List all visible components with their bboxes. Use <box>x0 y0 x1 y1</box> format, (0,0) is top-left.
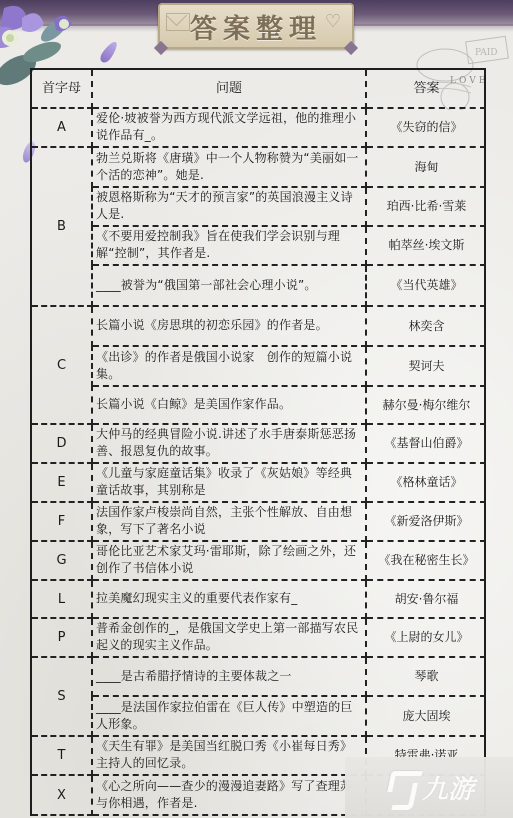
question-cell: 哥伦比亚艺术家艾玛·雷耶斯，除了绘画之外，还创作了书信体小说 <box>92 541 366 580</box>
letter-cell: L <box>32 580 92 618</box>
answer-cell: 赫尔曼·梅尔维尔 <box>366 386 486 424</box>
table-row: A 爱伦·坡被誉为西方现代派文学远祖，他的推理小说作品有_。 《失窃的信》 <box>32 108 486 147</box>
question-cell: 长篇小说《白鲸》是美国作家作品。 <box>92 386 366 424</box>
table-row: E 《儿童与家庭童话集》收录了《灰姑娘》等经典童话故事，其别称是 《格林童话》 <box>32 463 486 502</box>
question-cell: 爱伦·坡被誉为西方现代派文学远祖，他的推理小说作品有_。 <box>92 108 366 147</box>
letter-cell: P <box>32 618 92 657</box>
table-row: 《不要用爱控制我》旨在使我们学会识别与理解“控制”，其作者是. 帕萃丝·埃文斯 <box>32 226 486 265</box>
table-row: D 大仲马的经典冒险小说.讲述了水手唐泰斯惩恶扬善、报恩复仇的故事。 《基督山伯… <box>32 424 486 463</box>
letter-cell: A <box>32 108 92 147</box>
title-plate: 答案整理 ♡ <box>158 3 354 49</box>
table-row: B 勃兰兑斯将《唐璜》中一个人物称赞为“美丽如一个活的恋神”。她是. 海甸 <box>32 147 486 187</box>
letter-cell: E <box>32 463 92 502</box>
answer-cell: 契诃夫 <box>366 346 486 386</box>
letter-cell: D <box>32 424 92 463</box>
petal-decoration-icon <box>98 39 120 64</box>
heart-icon: ♡ <box>322 11 344 33</box>
answer-cell: 帕萃丝·埃文斯 <box>366 226 486 265</box>
page-title: 答案整理 <box>190 7 322 46</box>
table-row: 被恩格斯称为“天才的预言家”的英国浪漫主义诗人是. 珀西·比希·雪莱 <box>32 187 486 226</box>
jiuyou-logo-icon <box>380 769 422 807</box>
answer-table: 首字母 问题 答案 A 爱伦·坡被誉为西方现代派文学远祖，他的推理小说作品有_。… <box>30 68 486 816</box>
answer-cell: 《上尉的女儿》 <box>366 618 486 657</box>
table-row: S ____是古希腊抒情诗的主要体裁之一 琴歌 <box>32 657 486 696</box>
table-row: C 长篇小说《房思琪的初恋乐园》的作者是。 林奕含 <box>32 306 486 346</box>
table-header-row: 首字母 问题 答案 <box>32 70 486 108</box>
letter-cell: F <box>32 502 92 541</box>
header-letter: 首字母 <box>32 70 92 108</box>
watermark: 九游 <box>345 757 513 818</box>
letter-cell: X <box>32 775 92 815</box>
question-cell: 被恩格斯称为“天才的预言家”的英国浪漫主义诗人是. <box>92 187 366 226</box>
question-cell: 普希金创作的_，是俄国文学史上第一部描写农民起义的现实主义作品。 <box>92 618 366 657</box>
letter-cell: S <box>32 657 92 736</box>
answer-cell: 《失窃的信》 <box>366 108 486 147</box>
answer-cell: 胡安·鲁尔福 <box>366 580 486 618</box>
svg-text:PAID: PAID <box>475 48 498 58</box>
envelope-icon <box>166 13 190 31</box>
answer-cell: 《新爱洛伊斯》 <box>366 502 486 541</box>
answer-cell: 庞大固埃 <box>366 696 486 736</box>
table-row: ____是法国作家拉伯雷在《巨人传》中塑造的巨人形象。 庞大固埃 <box>32 696 486 736</box>
table-row: 长篇小说《白鲸》是美国作家作品。 赫尔曼·梅尔维尔 <box>32 386 486 424</box>
header-question: 问题 <box>92 70 366 108</box>
question-cell: 《出诊》的作者是俄国小说家 创作的短篇小说集。 <box>92 346 366 386</box>
answer-cell: 《基督山伯爵》 <box>366 424 486 463</box>
question-cell: ____是法国作家拉伯雷在《巨人传》中塑造的巨人形象。 <box>92 696 366 736</box>
question-cell: ____被誉为“俄国第一部社会心理小说”。 <box>92 265 366 306</box>
answer-cell: 《格林童话》 <box>366 463 486 502</box>
question-cell: 《不要用爱控制我》旨在使我们学会识别与理解“控制”，其作者是. <box>92 226 366 265</box>
header-answer: 答案 <box>366 70 486 108</box>
question-cell: 大仲马的经典冒险小说.讲述了水手唐泰斯惩恶扬善、报恩复仇的故事。 <box>92 424 366 463</box>
letter-cell: T <box>32 736 92 775</box>
question-cell: 《心之所向——查少的漫漫追妻路》写了查理苏与你相遇，作者是. <box>92 775 366 815</box>
answer-cell: 《当代英雄》 <box>366 265 486 306</box>
letter-cell: C <box>32 306 92 424</box>
question-cell: 《天生有罪》是美国当红脱口秀《小崔每日秀》主持人的回忆录。 <box>92 736 366 775</box>
table-row: ____被誉为“俄国第一部社会心理小说”。 《当代英雄》 <box>32 265 486 306</box>
question-cell: 勃兰兑斯将《唐璜》中一个人物称赞为“美丽如一个活的恋神”。她是. <box>92 147 366 187</box>
answer-cell: 珀西·比希·雪莱 <box>366 187 486 226</box>
letter-cell: G <box>32 541 92 580</box>
watermark-text: 九游 <box>422 769 474 806</box>
answer-cell: 《我在秘密生长》 <box>366 541 486 580</box>
table-row: G 哥伦比亚艺术家艾玛·雷耶斯，除了绘画之外，还创作了书信体小说 《我在秘密生长… <box>32 541 486 580</box>
letter-cell: B <box>32 147 92 306</box>
table-row: P 普希金创作的_，是俄国文学史上第一部描写农民起义的现实主义作品。 《上尉的女… <box>32 618 486 657</box>
answer-cell: 林奕含 <box>366 306 486 346</box>
table-row: L 拉美魔幻现实主义的重要代表作家有_ 胡安·鲁尔福 <box>32 580 486 618</box>
answer-cell: 琴歌 <box>366 657 486 696</box>
table-row: 《出诊》的作者是俄国小说家 创作的短篇小说集。 契诃夫 <box>32 346 486 386</box>
question-cell: 法国作家卢梭崇尚自然，主张个性解放、自由想象，写下了著名小说 <box>92 502 366 541</box>
question-cell: 《儿童与家庭童话集》收录了《灰姑娘》等经典童话故事，其别称是 <box>92 463 366 502</box>
question-cell: ____是古希腊抒情诗的主要体裁之一 <box>92 657 366 696</box>
table-row: F 法国作家卢梭崇尚自然，主张个性解放、自由想象，写下了著名小说 《新爱洛伊斯》 <box>32 502 486 541</box>
answer-cell: 海甸 <box>366 147 486 187</box>
question-cell: 长篇小说《房思琪的初恋乐园》的作者是。 <box>92 306 366 346</box>
question-cell: 拉美魔幻现实主义的重要代表作家有_ <box>92 580 366 618</box>
